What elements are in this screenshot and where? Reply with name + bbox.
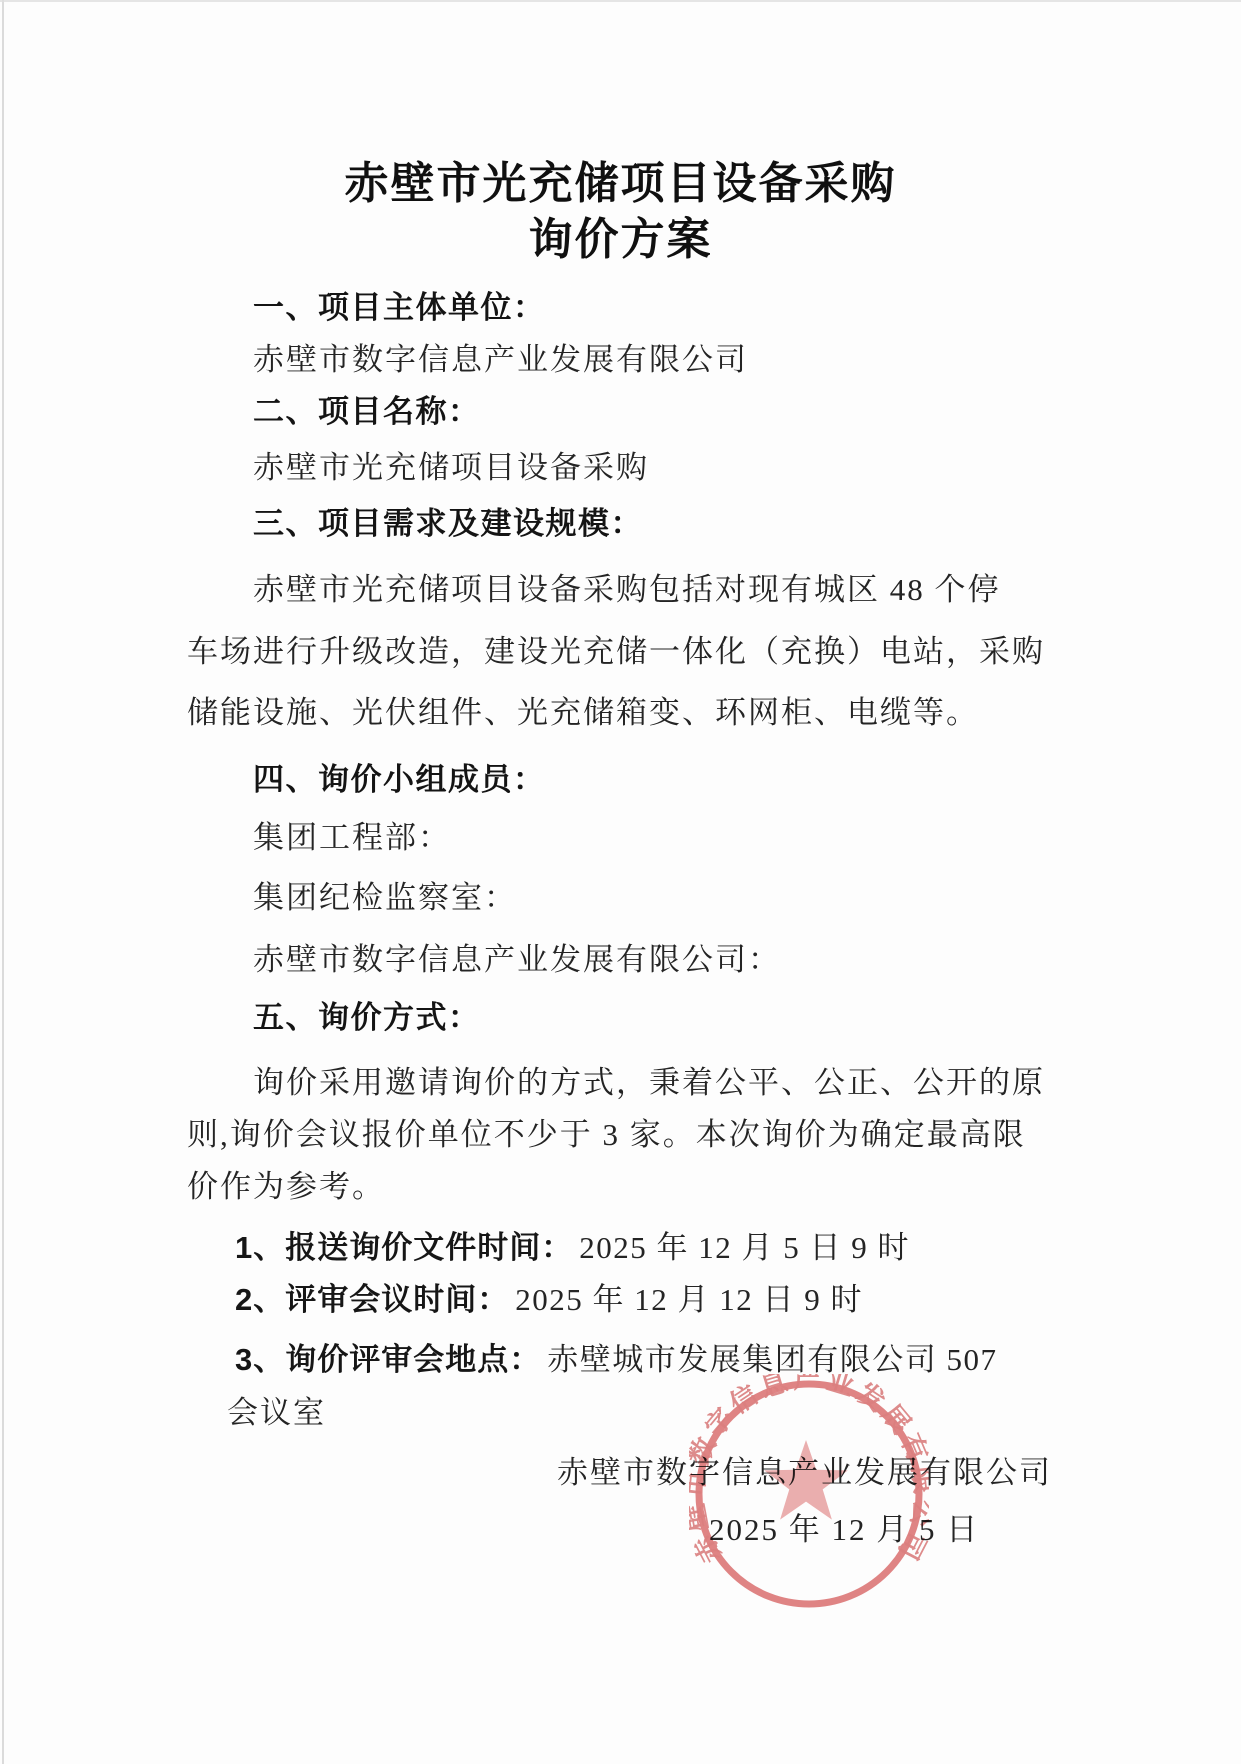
section5-paragraph-line: 则,询价会议报价单位不少于 3 家。本次询价为确定最高限 [187, 1115, 1026, 1155]
item2-value: 2025 年 12 月 12 日 9 时 [515, 1282, 863, 1317]
section1-heading: 一、项目主体单位： [253, 288, 546, 328]
scanned-document-page: 赤壁市光充储项目设备采购 询价方案 一、项目主体单位： 赤壁市数字信息产业发展有… [0, 0, 1241, 1764]
section3-paragraph-line: 车场进行升级改造，建设光充储一体化（充换）电站，采购 [187, 632, 1045, 672]
item3-value: 赤壁城市发展集团有限公司 507 [547, 1342, 997, 1377]
doc-title-line-2: 询价方案 [0, 212, 1241, 268]
section5-paragraph-line: 询价采用邀请询价的方式，秉着公平、公正、公开的原 [253, 1063, 1045, 1103]
item1-label: 1、报送询价文件时间： [235, 1230, 573, 1265]
seal-star-icon [764, 1440, 848, 1520]
item2-label: 2、评审会议时间： [235, 1282, 509, 1317]
numbered-item-2: 2、评审会议时间：2025 年 12 月 12 日 9 时 [235, 1280, 863, 1320]
section4-heading: 四、询价小组成员： [253, 760, 546, 800]
section3-heading: 三、项目需求及建设规模： [253, 504, 643, 544]
section3-paragraph-line: 储能设施、光伏组件、光充储箱变、环网柜、电缆等。 [187, 693, 979, 733]
item1-value: 2025 年 12 月 5 日 9 时 [579, 1230, 910, 1265]
section4-member-line: 集团工程部： [253, 818, 451, 858]
scan-edge-top-line [0, 0, 1241, 2]
section5-paragraph-line: 价作为参考。 [187, 1167, 385, 1207]
section3-paragraph-line: 赤壁市光充储项目设备采购包括对现有城区 48 个停 [253, 570, 1001, 610]
doc-title-line-1: 赤壁市光充储项目设备采购 [0, 156, 1241, 212]
section1-body: 赤壁市数字信息产业发展有限公司 [253, 340, 748, 380]
section4-member-line: 赤壁市数字信息产业发展有限公司： [253, 940, 781, 980]
company-seal: 赤壁市数字信息产业发展有限公司 [689, 1374, 929, 1614]
item3-label: 3、询价评审会地点： [235, 1342, 541, 1377]
section5-heading: 五、询价方式： [253, 998, 481, 1038]
numbered-item-1: 1、报送询价文件时间：2025 年 12 月 5 日 9 时 [235, 1228, 910, 1268]
item3-continuation: 会议室 [227, 1393, 326, 1433]
section2-heading: 二、项目名称： [253, 392, 481, 432]
section4-member-line: 集团纪检监察室： [253, 878, 517, 918]
section2-body: 赤壁市光充储项目设备采购 [253, 448, 649, 488]
